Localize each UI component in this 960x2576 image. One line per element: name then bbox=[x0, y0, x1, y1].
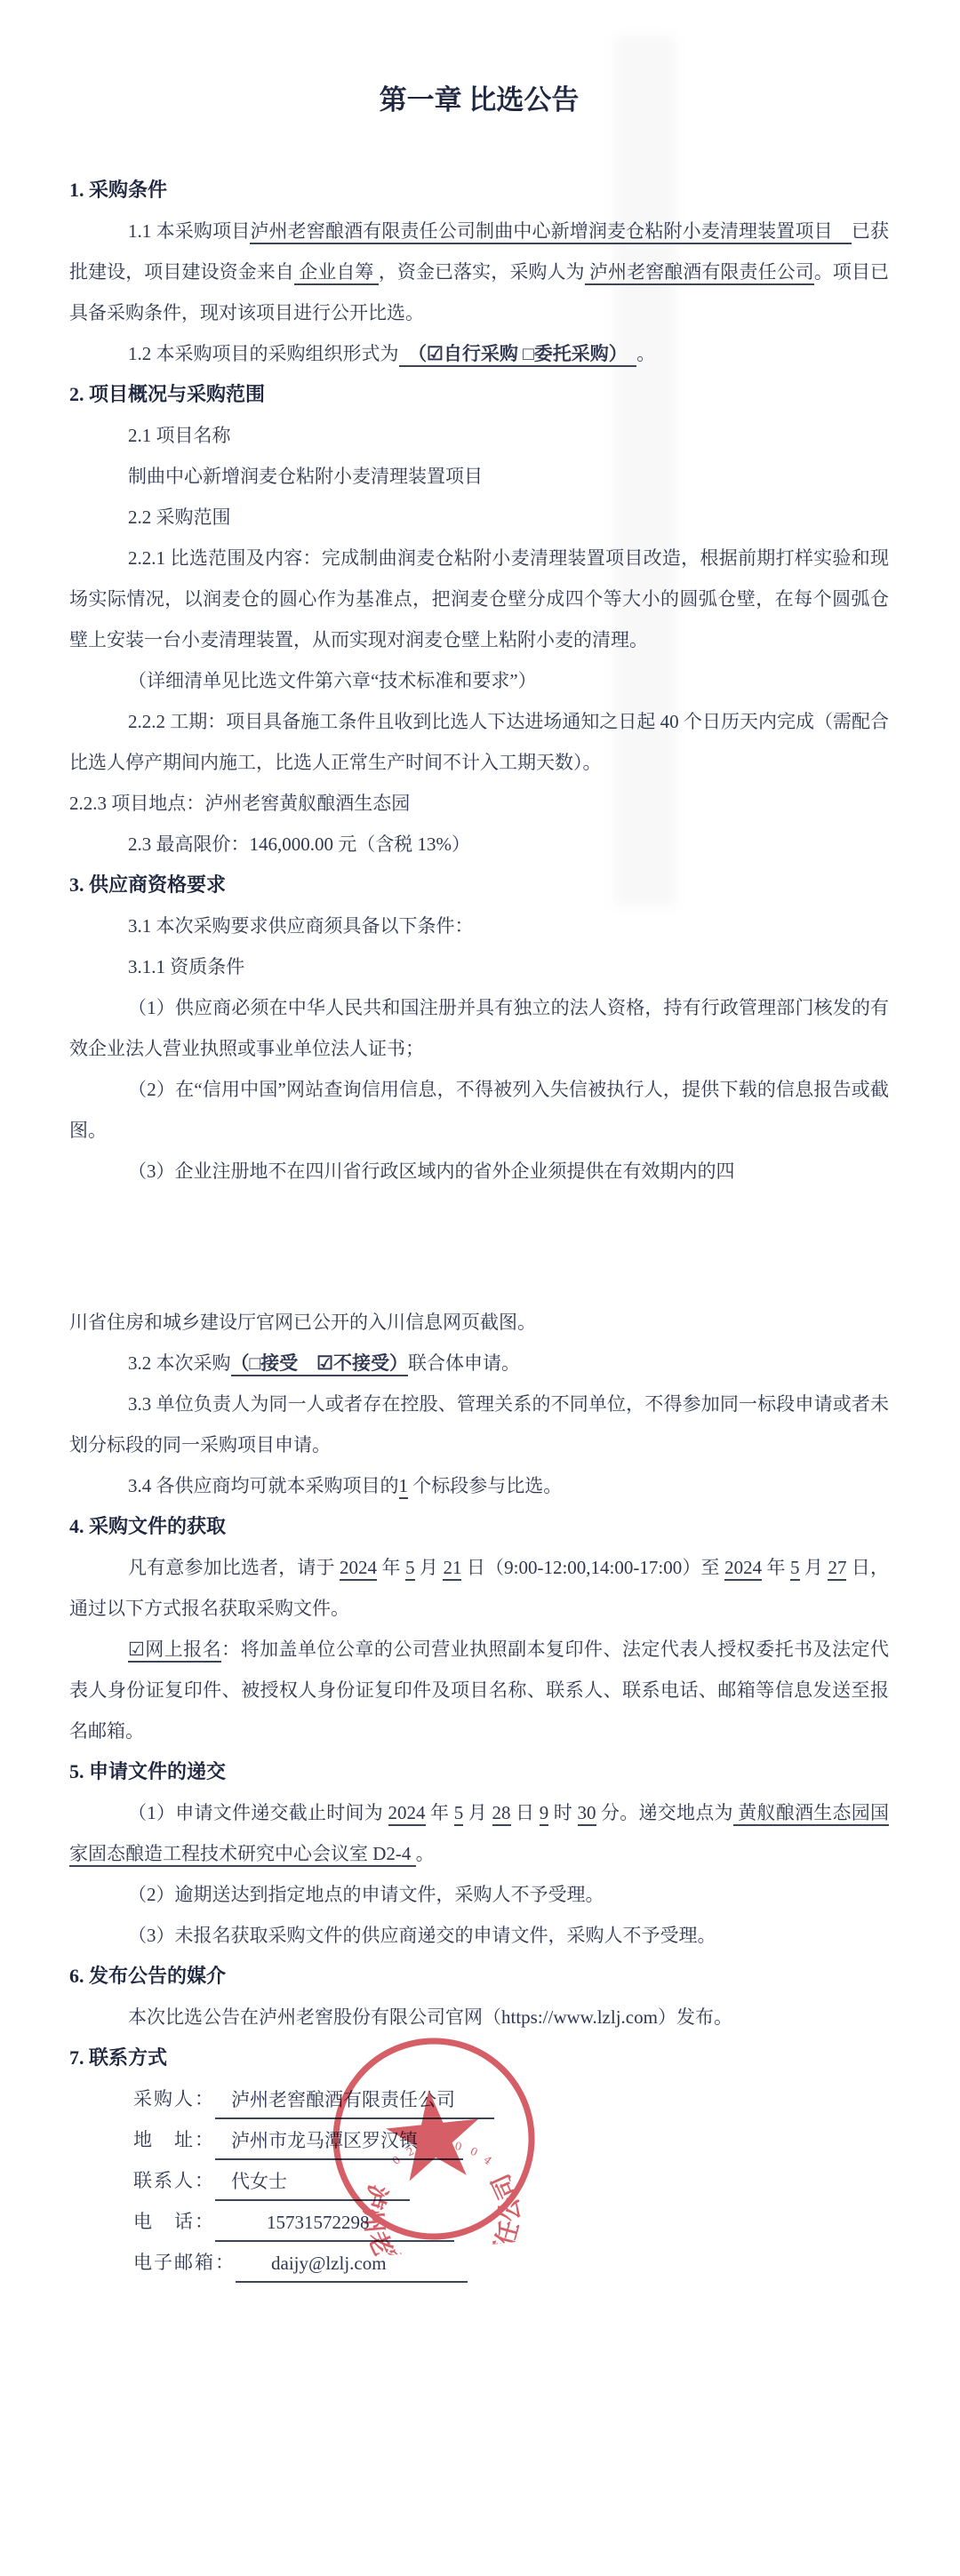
filled-blank-text: 28 bbox=[492, 1802, 511, 1826]
text-run: 本次比选公告在泸州老窖股份有限公司官网（https://www.lzlj.com… bbox=[128, 2006, 732, 2028]
text-run: 日 bbox=[511, 1802, 540, 1823]
paragraph: 2.1 项目名称 bbox=[69, 415, 889, 456]
text-run: 川省住房和城乡建设厅官网已公开的入川信息网页截图。 bbox=[69, 1312, 536, 1333]
paragraph: 2.2.1 比选范围及内容：完成制曲润麦仓粘附小麦清理装置项目改造，根据前期打样… bbox=[69, 538, 889, 660]
text-run: 个标段参与比选。 bbox=[408, 1475, 562, 1496]
text-run: 月 bbox=[463, 1802, 492, 1823]
paragraph: 2.3 最高限价：146,000.00 元（含税 13%） bbox=[69, 824, 889, 865]
paragraph: 3.1 本次采购要求供应商须具备以下条件： bbox=[69, 905, 889, 946]
text-run: （3）企业注册地不在四川省行政区域内的省外企业须提供在有效期内的四 bbox=[128, 1160, 735, 1182]
section-heading: 1. 采购条件 bbox=[69, 170, 889, 211]
contact-value: 15731572298 bbox=[215, 2205, 454, 2242]
text-run: 分。递交地点为 bbox=[596, 1802, 733, 1823]
filled-blank-text: ☑网上报名 bbox=[128, 1639, 221, 1663]
filled-blank-text: 5 bbox=[790, 1557, 800, 1581]
text-run: 3.1.1 资质条件 bbox=[128, 956, 244, 977]
text-run: （2）在“信用中国”网站查询信用信息，不得被列入失信被执行人，提供下载的信息报告… bbox=[69, 1079, 889, 1141]
text-run: 凡有意参加比选者，请于 bbox=[128, 1557, 340, 1578]
paragraph: 1.2 本采购项目的采购组织形式为 （☑自行采购 □委托采购） 。 bbox=[69, 333, 889, 374]
text-run: （2）逾期送达到指定地点的申请文件，采购人不予受理。 bbox=[128, 1884, 604, 1905]
section-heading: 5. 申请文件的递交 bbox=[69, 1751, 889, 1792]
paragraph: 2.2 采购范围 bbox=[69, 497, 889, 538]
text-run: 年 bbox=[762, 1557, 790, 1578]
text-run: 1.1 本采购项目 bbox=[128, 220, 250, 242]
contact-row: 电子邮箱：daijy@lzlj.com bbox=[69, 2242, 889, 2283]
filled-blank-text: 5 bbox=[454, 1802, 464, 1826]
paragraph: 川省住房和城乡建设厅官网已公开的入川信息网页截图。 bbox=[69, 1302, 889, 1343]
contact-label: 采购人： bbox=[133, 2088, 215, 2109]
text-run: 。 bbox=[416, 1843, 435, 1864]
section-heading: 2. 项目概况与采购范围 bbox=[69, 374, 889, 415]
filled-blank-text: 9 bbox=[540, 1802, 549, 1826]
contact-row: 采购人：泸州老窖酿酒有限责任公司 bbox=[69, 2078, 889, 2119]
filled-blank-text: 27 bbox=[828, 1557, 846, 1581]
text-run: 年 bbox=[426, 1802, 454, 1823]
contact-row: 地 址：泸州市龙马潭区罗汉镇 bbox=[69, 2119, 889, 2160]
text-run: 月 bbox=[415, 1557, 444, 1578]
document-page: 第一章 比选公告 1. 采购条件1.1 本采购项目泸州老窖酿酒有限责任公司制曲中… bbox=[0, 0, 960, 2576]
text-run: 。 bbox=[636, 343, 655, 364]
paragraph: （详细清单见比选文件第六章“技术标准和要求”） bbox=[69, 660, 889, 701]
paragraph: 1.1 本采购项目泸州老窖酿酒有限责任公司制曲中心新增润麦仓粘附小麦清理装置项目… bbox=[69, 211, 889, 333]
paragraph: （2）逾期送达到指定地点的申请文件，采购人不予受理。 bbox=[69, 1874, 889, 1915]
filled-blank-text: 30 bbox=[578, 1802, 596, 1826]
text-run: 时 bbox=[548, 1802, 577, 1823]
filled-blank-text: 泸州老窖酿酒有限责任公司 bbox=[585, 261, 814, 285]
filled-blank-text: 2024 bbox=[340, 1557, 377, 1581]
text-run: 2.2 采购范围 bbox=[128, 506, 231, 528]
filled-blank-text: 2024 bbox=[388, 1802, 426, 1826]
paragraph: ☑网上报名：将加盖单位公章的公司营业执照副本复印件、法定代表人授权委托书及法定代… bbox=[69, 1629, 889, 1751]
text-run: 2.2.3 项目地点：泸州老窖黄舣酿酒生态园 bbox=[69, 793, 410, 814]
filled-blank-text: 企业自筹 bbox=[294, 261, 379, 285]
text-run: 3.4 各供应商均可就本采购项目的 bbox=[128, 1475, 399, 1496]
text-run: 3.2 本次采购 bbox=[128, 1352, 231, 1374]
filled-blank-text: 1 bbox=[399, 1475, 409, 1499]
filled-blank-text: （□接受 ☑不接受） bbox=[231, 1352, 409, 1376]
paragraph: 3.2 本次采购（□接受 ☑不接受）联合体申请。 bbox=[69, 1343, 889, 1384]
text-run: 2.2.1 比选范围及内容：完成制曲润麦仓粘附小麦清理装置项目改造，根据前期打样… bbox=[69, 547, 889, 650]
contact-row: 电 话：15731572298 bbox=[69, 2201, 889, 2242]
contact-label: 联系人： bbox=[133, 2170, 215, 2191]
contact-value: 泸州老窖酿酒有限责任公司 bbox=[215, 2082, 494, 2119]
contact-label: 电 话： bbox=[133, 2211, 215, 2232]
contact-value: 泸州市龙马潭区罗汉镇 bbox=[215, 2123, 463, 2160]
contact-row: 联系人：代女士 bbox=[69, 2160, 889, 2201]
text-run: 月 bbox=[800, 1557, 828, 1578]
paragraph: 制曲中心新增润麦仓粘附小麦清理装置项目 bbox=[69, 456, 889, 497]
text-run: 2.2.2 工期：项目具备施工条件且收到比选人下达进场通知之日起 40 个日历天… bbox=[69, 711, 889, 773]
paragraph: （3）未报名获取采购文件的供应商递交的申请文件，采购人不予受理。 bbox=[69, 1915, 889, 1956]
text-run: 3.3 单位负责人为同一人或者存在控股、管理关系的不同单位，不得参加同一标段申请… bbox=[69, 1393, 889, 1455]
text-run: （3）未报名获取采购文件的供应商递交的申请文件，采购人不予受理。 bbox=[128, 1925, 716, 1946]
filled-blank-text: （☑自行采购 □委托采购） bbox=[399, 343, 637, 367]
paragraph: 本次比选公告在泸州老窖股份有限公司官网（https://www.lzlj.com… bbox=[69, 1997, 889, 2038]
paragraph: 2.2.2 工期：项目具备施工条件且收到比选人下达进场通知之日起 40 个日历天… bbox=[69, 701, 889, 783]
text-run: 1.2 本采购项目的采购组织形式为 bbox=[128, 343, 399, 364]
text-run: 年 bbox=[377, 1557, 405, 1578]
paragraph: （3）企业注册地不在四川省行政区域内的省外企业须提供在有效期内的四 bbox=[69, 1151, 889, 1192]
paragraph: 3.4 各供应商均可就本采购项目的1 个标段参与比选。 bbox=[69, 1465, 889, 1506]
section-heading: 6. 发布公告的媒介 bbox=[69, 1956, 889, 1997]
text-run: 制曲中心新增润麦仓粘附小麦清理装置项目 bbox=[128, 466, 483, 487]
page-title: 第一章 比选公告 bbox=[69, 76, 889, 125]
contact-label: 电子邮箱： bbox=[133, 2252, 236, 2273]
paragraph: （2）在“信用中国”网站查询信用信息，不得被列入失信被执行人，提供下载的信息报告… bbox=[69, 1069, 889, 1151]
section-heading: 3. 供应商资格要求 bbox=[69, 865, 889, 905]
paragraph: （1）申请文件递交截止时间为 2024 年 5 月 28 日 9 时 30 分。… bbox=[69, 1792, 889, 1874]
contact-value: daijy@lzlj.com bbox=[236, 2245, 468, 2283]
document-body: 1. 采购条件1.1 本采购项目泸州老窖酿酒有限责任公司制曲中心新增润麦仓粘附小… bbox=[69, 170, 889, 2283]
contact-label: 地 址： bbox=[133, 2129, 215, 2150]
text-run: ，资金已落实，采购人为 bbox=[379, 261, 585, 283]
filled-blank-text: 5 bbox=[405, 1557, 415, 1581]
filled-blank-text: 2024 bbox=[724, 1557, 762, 1581]
paragraph: 2.2.3 项目地点：泸州老窖黄舣酿酒生态园 bbox=[69, 783, 889, 824]
paragraph: 3.1.1 资质条件 bbox=[69, 946, 889, 987]
text-run: （详细清单见比选文件第六章“技术标准和要求”） bbox=[128, 670, 537, 691]
filled-blank-text: 21 bbox=[443, 1557, 461, 1581]
text-run: （1）供应商必须在中华人民共和国注册并具有独立的法人资格，持有行政管理部门核发的… bbox=[69, 997, 889, 1059]
text-run: （1）申请文件递交截止时间为 bbox=[128, 1802, 388, 1823]
filled-blank-text: 泸州老窖酿酒有限责任公司制曲中心新增润麦仓粘附小麦清理装置项目 bbox=[250, 220, 852, 244]
section-heading: 7. 联系方式 bbox=[69, 2038, 889, 2078]
contact-value: 代女士 bbox=[215, 2164, 410, 2201]
text-run: 日（9:00-12:00,14:00-17:00）至 bbox=[461, 1557, 724, 1578]
paragraph: 3.3 单位负责人为同一人或者存在控股、管理关系的不同单位，不得参加同一标段申请… bbox=[69, 1384, 889, 1465]
text-run: 2.3 最高限价：146,000.00 元（含税 13%） bbox=[128, 833, 470, 855]
text-run: 联合体申请。 bbox=[408, 1352, 520, 1374]
paragraph: 凡有意参加比选者，请于 2024 年 5 月 21 日（9:00-12:00,1… bbox=[69, 1547, 889, 1629]
paragraph: （1）供应商必须在中华人民共和国注册并具有独立的法人资格，持有行政管理部门核发的… bbox=[69, 987, 889, 1069]
section-heading: 4. 采购文件的获取 bbox=[69, 1506, 889, 1547]
page-break-gap bbox=[69, 1192, 889, 1302]
document-content: 第一章 比选公告 1. 采购条件1.1 本采购项目泸州老窖酿酒有限责任公司制曲中… bbox=[0, 0, 960, 2283]
text-run: 3.1 本次采购要求供应商须具备以下条件： bbox=[128, 915, 474, 937]
text-run: 2.1 项目名称 bbox=[128, 425, 231, 446]
